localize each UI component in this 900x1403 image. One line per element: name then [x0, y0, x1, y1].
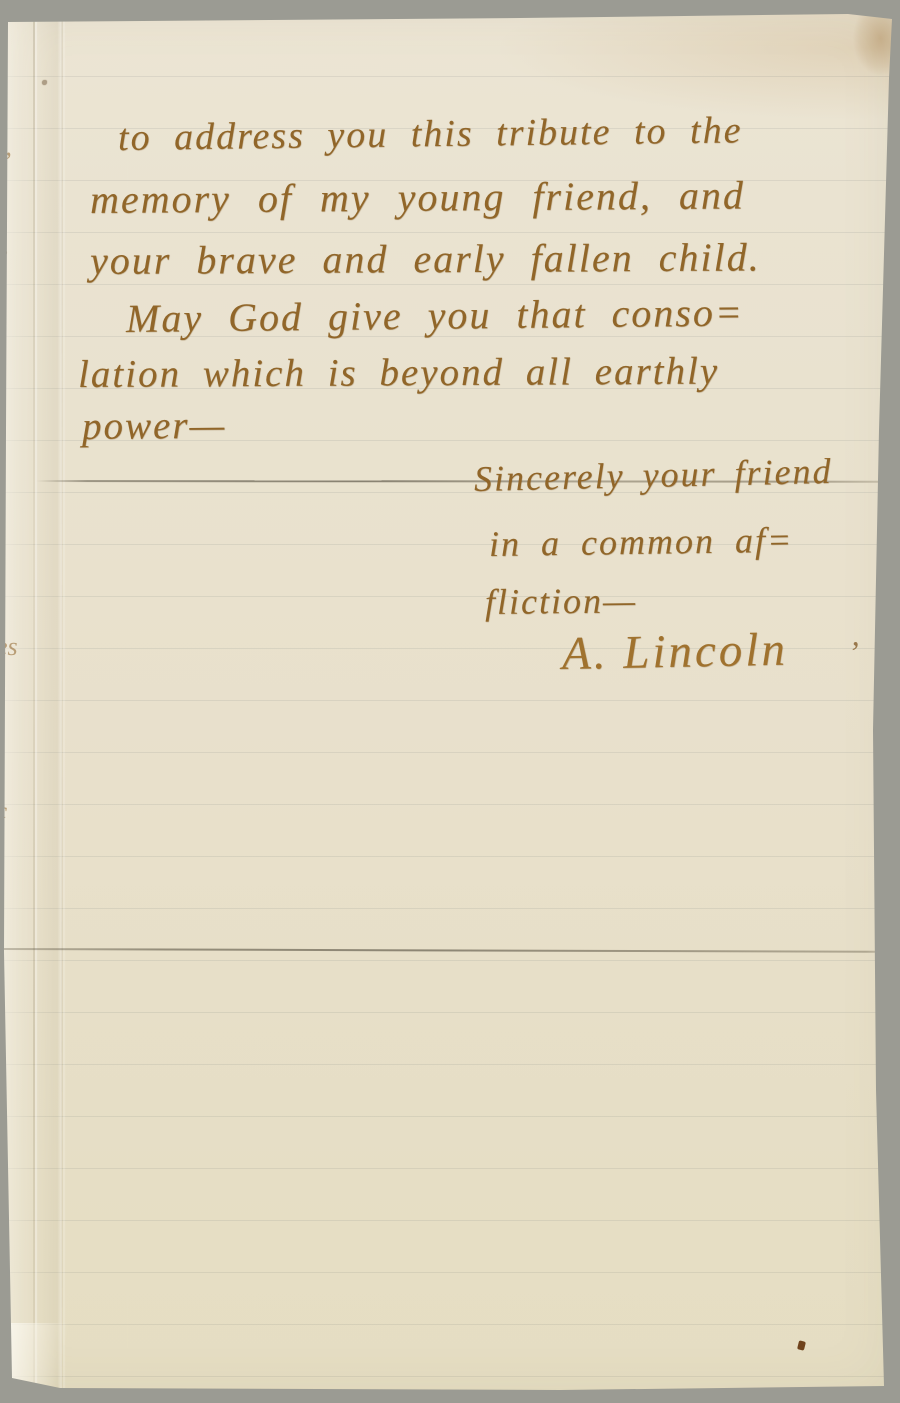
edge-ink-fragment: c	[0, 750, 4, 776]
edge-ink-fragment: e	[0, 236, 8, 272]
corner-stain	[840, 8, 898, 94]
frayed-corner	[2, 1323, 74, 1393]
handwriting-line: your brave and early fallen child.	[90, 233, 761, 284]
handwriting-line: memory of my young friend, and	[90, 171, 745, 223]
fold-crease-echo	[0, 0, 650, 1]
scan-background: to address you this tribute to the memor…	[0, 0, 900, 1403]
edge-ink-fragment: z	[0, 526, 3, 559]
signature: A. Lincoln	[561, 623, 788, 681]
edge-ink-fragment: „	[0, 132, 14, 162]
handwriting-line: May God give you that conso=	[126, 289, 744, 342]
stray-ink-tick: ’	[848, 634, 859, 671]
handwriting-line: to address you this tribute to the	[118, 108, 743, 160]
letter-page: to address you this tribute to the memor…	[0, 0, 900, 1403]
handwriting-line: lation which is beyond all earthly	[78, 349, 719, 397]
closing-line: in a common af=	[489, 519, 794, 565]
edge-ink-fragment: c	[0, 798, 7, 826]
edge-ink-fragment: z	[0, 900, 2, 928]
edge-ink-fragment: es	[0, 632, 18, 662]
vertical-crease	[33, 18, 35, 1391]
ruled-lines	[0, 25, 900, 1403]
vertical-crease	[61, 18, 63, 1391]
handwriting-line: power—	[82, 403, 227, 449]
closing-line: Sincerely your friend	[474, 450, 833, 500]
closing-line: fliction—	[485, 579, 637, 623]
